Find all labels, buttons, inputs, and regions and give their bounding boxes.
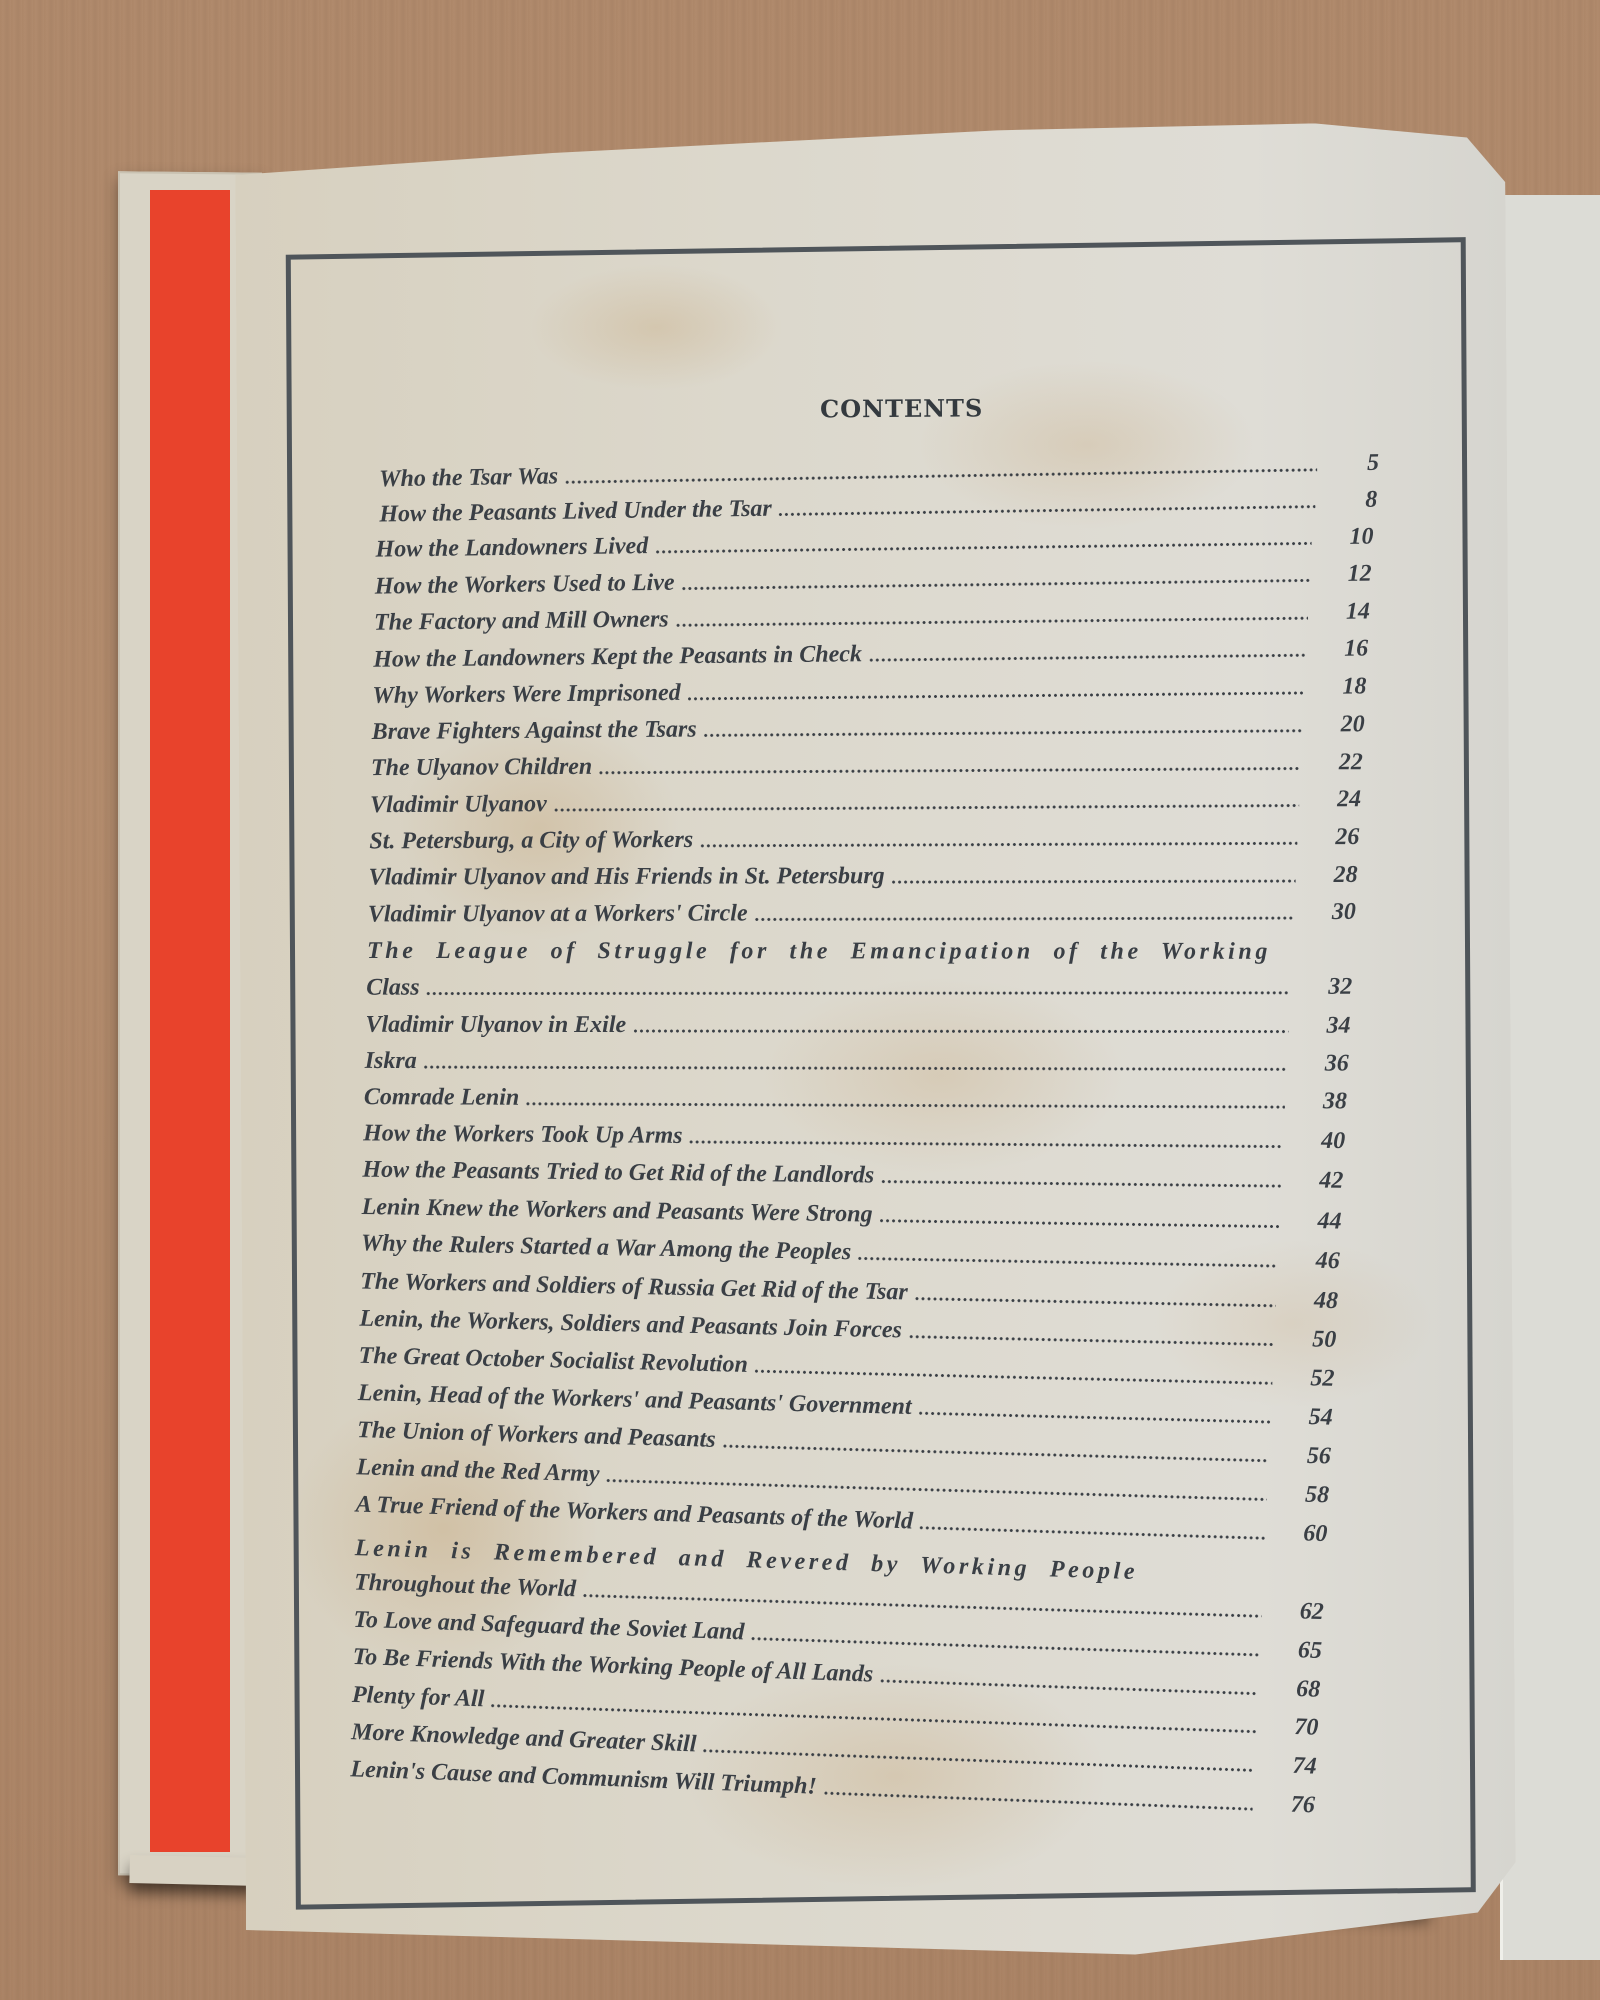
toc-entry-page: 56: [1275, 1442, 1332, 1471]
toc-entry-title: To Be Friends With the Working People of…: [352, 1644, 873, 1689]
toc-entry-title: Lenin, Head of the Workers' and Peasants…: [358, 1380, 912, 1421]
toc-entry[interactable]: How the Workers Used to Live 12: [375, 561, 1372, 601]
toc-entry-title: Vladimir Ulyanov in Exile: [365, 1012, 626, 1039]
toc-entry-title: The Workers and Soldiers of Russia Get R…: [360, 1268, 908, 1306]
toc-entry-title: Vladimir Ulyanov: [370, 791, 547, 819]
red-endpaper-strip: [150, 190, 230, 1852]
leader-dots: [582, 1593, 1262, 1618]
leader-dots: [754, 916, 1294, 921]
toc-entry-page: 14: [1314, 598, 1370, 626]
leader-dots: [880, 1180, 1281, 1189]
toc-entry-page: 68: [1264, 1675, 1321, 1704]
leader-dots: [675, 616, 1308, 627]
leader-dots: [778, 505, 1316, 517]
toc-entry-title: Why the Rulers Started a War Among the P…: [361, 1230, 852, 1266]
leader-dots: [564, 468, 1317, 484]
toc-entry-title: How the Landowners Kept the Peasants in …: [373, 641, 862, 674]
leader-dots: [654, 541, 1311, 554]
toc-entry-page: 50: [1280, 1326, 1337, 1354]
toc-entry-page: 30: [1300, 899, 1356, 926]
leader-dots: [426, 991, 1291, 996]
toc-entry-line1[interactable]: The League of Struggle for the Emancipat…: [367, 938, 1297, 966]
toc-entry-page: 10: [1317, 524, 1373, 552]
toc-entry-page: 62: [1267, 1597, 1324, 1626]
toc-entry-title-cont: Class: [366, 975, 419, 1002]
leader-dots: [879, 1679, 1258, 1696]
leader-dots: [699, 841, 1297, 848]
facing-page: [1500, 195, 1600, 1960]
toc-entry-page: 16: [1312, 635, 1368, 663]
toc-entry-title: How the Peasants Tried to Get Rid of the…: [362, 1157, 874, 1190]
toc-entry-title: How the Landowners Lived: [375, 533, 648, 564]
toc-entry-title: The Union of Workers and Peasants: [357, 1417, 716, 1454]
toc-entry-page: 74: [1260, 1752, 1317, 1781]
toc-entry[interactable]: Class 32: [366, 974, 1352, 1002]
toc-entry-page: 54: [1276, 1403, 1333, 1431]
contents-page: CONTENTS Who the Tsar Was 5 How the Peas…: [235, 122, 1516, 1960]
toc-entry[interactable]: How the Workers Took Up Arms 40: [363, 1120, 1345, 1155]
toc-entry[interactable]: Vladimir Ulyanov 24: [370, 786, 1361, 819]
leader-dots: [525, 1102, 1285, 1109]
toc-entry[interactable]: The Factory and Mill Owners 14: [374, 598, 1370, 636]
toc-entry-title: To Love and Safeguard the Soviet Land: [353, 1607, 745, 1647]
toc-entry-page: 38: [1291, 1088, 1347, 1115]
toc-entry-title: Comrade Lenin: [364, 1084, 519, 1112]
leader-dots: [702, 1749, 1254, 1773]
leader-dots: [879, 1219, 1280, 1229]
table-of-contents: CONTENTS Who the Tsar Was 5 How the Peas…: [235, 122, 1516, 1960]
toc-entry-page: 20: [1309, 711, 1365, 738]
toc-entry-title: How the Workers Took Up Arms: [363, 1120, 683, 1150]
toc-entry-page: 76: [1258, 1790, 1315, 1819]
toc-entry[interactable]: Brave Fighters Against the Tsars 20: [372, 711, 1365, 746]
toc-entry[interactable]: Who the Tsar Was 5: [379, 450, 1379, 494]
toc-entry-title: Lenin and the Red Army: [356, 1454, 600, 1488]
leader-dots: [919, 1526, 1266, 1541]
toc-entry[interactable]: How the Landowners Lived 10: [375, 524, 1373, 564]
toc-entry-title: The Factory and Mill Owners: [374, 606, 669, 636]
toc-entry-title: Vladimir Ulyanov at a Workers' Circle: [368, 900, 748, 928]
toc-entry-page: 58: [1273, 1481, 1330, 1510]
toc-entry-page: 8: [1321, 487, 1377, 515]
toc-entry-page: 28: [1302, 862, 1358, 889]
toc-entry-page: 26: [1303, 824, 1359, 851]
leader-dots: [689, 1140, 1284, 1149]
toc-entry-page: 60: [1271, 1519, 1328, 1548]
toc-entry-title: How the Peasants Lived Under the Tsar: [379, 496, 772, 529]
toc-entry-title: Brave Fighters Against the Tsars: [372, 716, 697, 746]
toc-entry[interactable]: Lenin Knew the Workers and Peasants Were…: [361, 1194, 1341, 1236]
toc-entry-title: Lenin Knew the Workers and Peasants Were…: [361, 1194, 872, 1229]
toc-entry[interactable]: The Ulyanov Children 22: [371, 749, 1363, 782]
toc-entry-page: 48: [1282, 1287, 1339, 1315]
toc-entry[interactable]: How the Peasants Lived Under the Tsar 8: [379, 487, 1377, 529]
toc-entry-page: 5: [1323, 450, 1379, 478]
leader-dots: [908, 1335, 1274, 1347]
leader-dots: [750, 1637, 1260, 1657]
toc-entry-title: Plenty for All: [351, 1682, 484, 1713]
toc-entry-title: A True Friend of the Workers and Peasant…: [355, 1491, 913, 1535]
leader-dots: [857, 1256, 1278, 1268]
toc-entry-title: More Knowledge and Greater Skill: [351, 1719, 697, 1758]
leader-dots: [553, 804, 1299, 813]
toc-entry-page: 42: [1287, 1167, 1343, 1195]
toc-entry-title: The Great October Socialist Revolution: [358, 1343, 748, 1379]
toc-entry[interactable]: Vladimir Ulyanov in Exile 34: [365, 1012, 1350, 1040]
leader-dots: [598, 767, 1301, 775]
toc-entry-page: 34: [1294, 1013, 1350, 1040]
toc-entry-title-cont: Throughout the World: [354, 1570, 577, 1604]
leader-dots: [891, 879, 1296, 884]
toc-entry-page: 18: [1310, 673, 1366, 701]
toc-entry-page: 32: [1296, 974, 1352, 1001]
toc-entry-page: 46: [1284, 1247, 1340, 1275]
toc-entry[interactable]: How the Peasants Tried to Get Rid of the…: [362, 1157, 1343, 1195]
toc-entry-page: 22: [1307, 749, 1363, 776]
leader-dots: [822, 1791, 1252, 1811]
toc-entry-title: Iskra: [365, 1048, 417, 1075]
toc-entry-title: Lenin's Cause and Communism Will Triumph…: [350, 1756, 817, 1800]
toc-entry-title: Why Workers Were Imprisoned: [372, 680, 681, 710]
toc-entry[interactable]: St. Petersburg, a City of Workers 26: [369, 824, 1359, 855]
toc-entry[interactable]: Iskra 36: [365, 1048, 1349, 1078]
toc-entry-page: 65: [1266, 1636, 1323, 1665]
toc-entry-title: The Ulyanov Children: [371, 754, 593, 782]
toc-entry[interactable]: Vladimir Ulyanov at a Workers' Circle 30: [368, 899, 1356, 929]
toc-entry[interactable]: Vladimir Ulyanov and His Friends in St. …: [369, 862, 1358, 892]
leader-dots: [754, 1369, 1273, 1385]
leader-dots: [721, 1444, 1268, 1463]
toc-entry-title: St. Petersburg, a City of Workers: [369, 827, 693, 855]
leader-dots: [681, 578, 1310, 590]
leader-dots: [605, 1478, 1267, 1501]
leader-dots: [423, 1065, 1287, 1071]
toc-entry-page: 40: [1289, 1128, 1345, 1155]
leader-dots: [917, 1411, 1270, 1424]
leader-dots: [868, 653, 1306, 662]
leader-dots: [703, 729, 1303, 738]
leader-dots: [687, 691, 1305, 701]
toc-entry-page: 12: [1316, 561, 1372, 589]
toc-entry-page: 70: [1262, 1713, 1319, 1742]
toc-entry-title: Lenin, the Workers, Soldiers and Peasant…: [359, 1306, 902, 1345]
toc-entry-page: 24: [1305, 786, 1361, 813]
toc-entry-page: 52: [1278, 1364, 1335, 1392]
page-title: CONTENTS: [772, 393, 1032, 424]
toc-entry-title: How the Workers Used to Live: [375, 570, 675, 601]
leader-dots: [632, 1029, 1288, 1034]
toc-entry-page: 44: [1285, 1208, 1341, 1236]
toc-entry[interactable]: How the Landowners Kept the Peasants in …: [373, 635, 1368, 673]
toc-entry[interactable]: Why Workers Were Imprisoned 18: [372, 673, 1366, 710]
toc-entry-title: Vladimir Ulyanov and His Friends in St. …: [369, 863, 885, 891]
leader-dots: [914, 1297, 1276, 1308]
toc-entry-title: The League of Struggle for the Emancipat…: [367, 938, 1271, 966]
toc-entry[interactable]: Comrade Lenin 38: [364, 1084, 1347, 1115]
toc-entry-title: Who the Tsar Was: [379, 463, 558, 493]
toc-entry[interactable]: Why the Rulers Started a War Among the P…: [361, 1230, 1340, 1275]
toc-entry-page: 36: [1293, 1050, 1349, 1077]
